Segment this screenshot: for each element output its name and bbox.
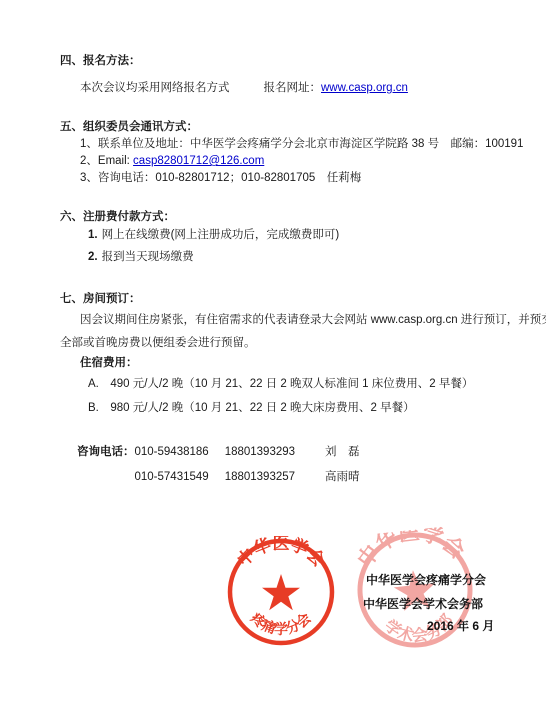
contact-label: 咨询电话： — [77, 446, 135, 458]
section6-item1-num: 1. — [88, 229, 98, 241]
section6-heading: 六、注册费付款方式： — [60, 210, 175, 225]
email-label: 2、Email: — [80, 155, 133, 167]
section4-heading: 四、报名方法： — [60, 54, 141, 69]
section7-para-line1: 因会议期间住房紧张，有住宿需求的代表请登录大会网站 www.casp.org.c… — [80, 313, 546, 328]
section5-item-address: 1、联系单位及地址：中华医学会疼痛学分会北京市海淀区学院路 38 号 邮编：10… — [80, 137, 523, 152]
section5-item-email: 2、Email: casp82801712@126.com — [80, 154, 264, 169]
section7-subheading: 住宿费用： — [80, 356, 138, 371]
section4-url-label: 报名网址： — [264, 82, 322, 94]
signature-org-line2: 中华医学会学术会务部 — [363, 595, 483, 612]
section4-body: 本次会议均采用网络报名方式报名网址：www.casp.org.cn — [80, 81, 408, 96]
contact-person: 高雨晴 — [325, 471, 360, 483]
section6-item1-text: 网上在线缴费(网上注册成功后，完成缴费即可) — [102, 229, 340, 241]
section5-heading: 五、组织委员会通讯方式： — [60, 120, 198, 135]
contact-phone2: 18801393257 — [225, 471, 295, 483]
section7-para-line2: 全部或首晚房费以便组委会进行预留。 — [60, 336, 256, 351]
contact-person: 刘 磊 — [325, 446, 360, 458]
signature-org-line1: 中华医学会疼痛学分会 — [366, 571, 486, 588]
lodging-option-b: B. 980 元/人/2 晚（10 月 21、22 日 2 晚大床房费用、2 早… — [88, 401, 415, 416]
section6-item2-text: 报到当天现场缴费 — [102, 251, 194, 263]
section4-body-text: 本次会议均采用网络报名方式 — [80, 82, 230, 94]
contact-phone2: 18801393293 — [225, 446, 295, 458]
lodging-option-a: A. 490 元/人/2 晚（10 月 21、22 日 2 晚双人标准间 1 床… — [88, 377, 473, 392]
email-link[interactable]: casp82801712@126.com — [133, 155, 264, 167]
contact-row: 咨询电话：010-5743154918801393257高雨晴 — [77, 470, 360, 485]
seal-top-text: 中华医学会 — [350, 524, 471, 573]
section6-item1: 1.网上在线缴费(网上注册成功后，完成缴费即可) — [88, 228, 339, 243]
contact-phone1: 010-57431549 — [135, 471, 209, 483]
seal-academic-dept-graphic: 中华医学会 学术会务部 — [349, 524, 481, 656]
seal-top-text: 中华医学会 — [233, 536, 329, 570]
seal-pain-society: 中华医学会 疼痛学分会 — [225, 536, 337, 648]
star-icon — [262, 574, 300, 610]
seal-pain-society-graphic: 中华医学会 疼痛学分会 — [225, 536, 337, 648]
section6-item2-num: 2. — [88, 251, 98, 263]
section5-item-phone: 3、咨询电话：010-82801712；010-82801705 任莉梅 — [80, 171, 361, 186]
seal-bottom-text: 疼痛学分会 — [247, 609, 313, 637]
signature-date: 2016 年 6 月 — [427, 617, 494, 634]
contact-row: 咨询电话：010-5943818618801393293刘 磊 — [77, 445, 360, 460]
section6-item2: 2.报到当天现场缴费 — [88, 250, 194, 265]
seal-academic-dept: 中华医学会 学术会务部 — [349, 524, 481, 656]
section7-heading: 七、房间预订： — [60, 292, 141, 307]
registration-url-link[interactable]: www.casp.org.cn — [321, 82, 408, 94]
document-page: 四、报名方法： 本次会议均采用网络报名方式报名网址：www.casp.org.c… — [0, 0, 546, 722]
contact-phone1: 010-59438186 — [135, 446, 209, 458]
